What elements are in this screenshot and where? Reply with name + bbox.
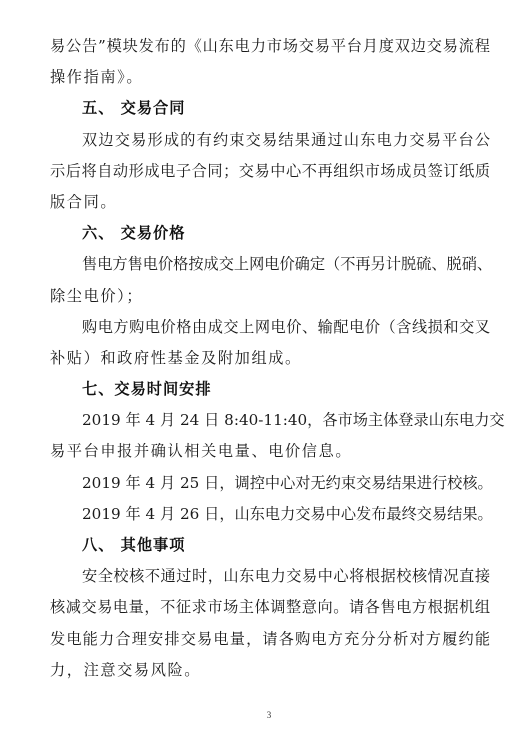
body-line: 发电能力合理安排交易电量，请各购电方充分分析对方履约能 xyxy=(50,624,490,655)
body-line: 安全校核不通过时，山东电力交易中心将根据校核情况直接 xyxy=(50,561,490,592)
body-line: 易平台申报并确认相关电量、电价信息。 xyxy=(50,436,490,467)
body-line: 售电方售电价格按成交上网电价确定（不再另计脱硫、脱硝、 xyxy=(50,249,490,280)
body-line: 示后将自动形成电子合同；交易中心不再组织市场成员签订纸质 xyxy=(50,156,490,187)
body-line: 双边交易形成的有约束交易结果通过山东电力交易平台公 xyxy=(50,125,490,156)
body-line: 力，注意交易风险。 xyxy=(50,655,490,686)
section-heading-other: 八、 其他事项 xyxy=(50,530,490,561)
page-number: 3 xyxy=(264,710,274,720)
body-line: 核减交易电量，不征求市场主体调整意向。请各售电方根据机组 xyxy=(50,592,490,623)
section-heading-contract: 五、 交易合同 xyxy=(50,93,490,124)
document-page: 易公告”模块发布的《山东电力市场交易平台月度双边交易流程 操作指南》。 五、 交… xyxy=(0,0,528,733)
body-line: 2019 年 4 月 26 日，山东电力交易中心发布最终交易结果。 xyxy=(50,499,490,530)
body-line: 2019 年 4 月 25 日，调控中心对无约束交易结果进行校核。 xyxy=(50,468,490,499)
body-line: 2019 年 4 月 24 日 8:40-11:40，各市场主体登录山东电力交 xyxy=(50,405,490,436)
section-heading-price: 六、 交易价格 xyxy=(50,218,490,249)
body-line: 操作指南》。 xyxy=(50,62,490,93)
body-line: 易公告”模块发布的《山东电力市场交易平台月度双边交易流程 xyxy=(50,31,490,62)
body-line: 版合同。 xyxy=(50,187,490,218)
document-body: 易公告”模块发布的《山东电力市场交易平台月度双边交易流程 操作指南》。 五、 交… xyxy=(50,31,490,686)
body-line: 除尘电价）； xyxy=(50,281,490,312)
body-line: 购电方购电价格由成交上网电价、输配电价（含线损和交叉 xyxy=(50,312,490,343)
body-line: 补贴）和政府性基金及附加组成。 xyxy=(50,343,490,374)
section-heading-schedule: 七、交易时间安排 xyxy=(50,374,490,405)
